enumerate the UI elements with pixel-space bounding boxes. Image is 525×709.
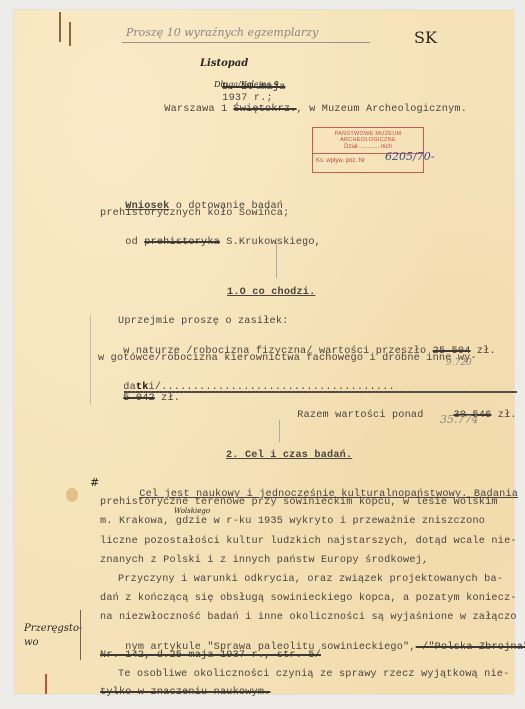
section2-line-6: Przyczyny i warunki odkrycia, oraz związ… <box>118 574 503 585</box>
subject-line3: od prehistoryka S.Krukowskiego, <box>100 226 321 259</box>
binder-mark <box>69 22 71 46</box>
section2-line-10: Nr. 142, d.25 maja 1937 r., str. 5/ <box>100 650 321 661</box>
place-line: Warszawa 1Świętokrz., w Muzeum Archeolog… <box>139 93 467 126</box>
binder-mark <box>59 12 61 42</box>
item2-pencil-value: 9.720 <box>446 358 472 368</box>
margin-mark: # <box>90 476 99 489</box>
initials: SK <box>414 28 437 47</box>
paper-stain <box>66 488 78 502</box>
section2-heading: 2. Cel i czas badań. <box>226 450 352 461</box>
section2-line-5: znanych z Polski i z innych państw Europ… <box>100 555 428 566</box>
item2-value: 5 042 <box>123 393 155 404</box>
subject-struck: prehistoryka <box>144 237 220 248</box>
item2-line1: w gotówce/robocizna kierownictwa fachowe… <box>98 353 477 364</box>
section2-line-3: m. Krakowa, gdzie w r-ku 1935 wykryto i … <box>100 516 485 527</box>
section2-line-7: dań z kończącą się obsługą sowinieckiego… <box>100 593 517 604</box>
section2-line-11: Te osobliwe okoliczności czynią ze spraw… <box>118 669 509 680</box>
place-prefix: Warszawa 1 <box>164 104 227 115</box>
pencil-note-top: Proszę 10 wyraźnych egzemplarzy <box>126 26 318 39</box>
stamp-number: 6205/70- <box>385 150 434 163</box>
section1-heading: 1.O co chodzi. <box>227 287 315 298</box>
section2-line-8: na niezwłoczność badań i inne okolicznoś… <box>100 612 517 623</box>
arrow-line <box>276 242 277 278</box>
pencil-underline <box>122 42 370 43</box>
stamp-line1: PAŃSTWOWE MUZEUM ARCHEOLOGICZNE <box>313 131 423 143</box>
subject-line2: prehistorycznych koło Sowińca; <box>100 208 289 219</box>
total-line: Razem wartości ponad30 546 zł. <box>272 399 517 432</box>
total-rule <box>124 391 517 393</box>
document-page: Proszę 10 wyraźnych egzemplarzy SK Listo… <box>14 10 514 694</box>
place-struck: Świętokrz. <box>233 104 296 115</box>
arrow-line-2 <box>279 420 280 442</box>
section1-intro: Uprzejmie proszę o zasiłek: <box>118 316 288 327</box>
margin-note: Przeręgsto-wo <box>24 622 79 650</box>
registry-stamp: PAŃSTWOWE MUZEUM ARCHEOLOGICZNE Dział ..… <box>312 127 424 173</box>
pencil-margin-line <box>90 315 91 405</box>
place-hand-insert: Długa/Kolejna 9 <box>214 80 279 89</box>
date-handwritten: Listopad <box>200 58 248 69</box>
red-mark <box>45 674 47 694</box>
hand-insert-krakow: Wolskiego <box>174 507 210 515</box>
section2-line-4: liczne pozostałości kultur ludzkich najs… <box>100 536 517 547</box>
section2-line-2: prehistoryczne terenowe przy sowinieckim… <box>100 497 498 508</box>
section2-line-12: tylko w znaczeniu naukowym. <box>100 687 270 698</box>
margin-bracket <box>80 610 81 660</box>
place-suffix: , w Muzeum Archeologicznym. <box>297 104 467 115</box>
total-pencil-value: 35.774 <box>440 413 479 426</box>
